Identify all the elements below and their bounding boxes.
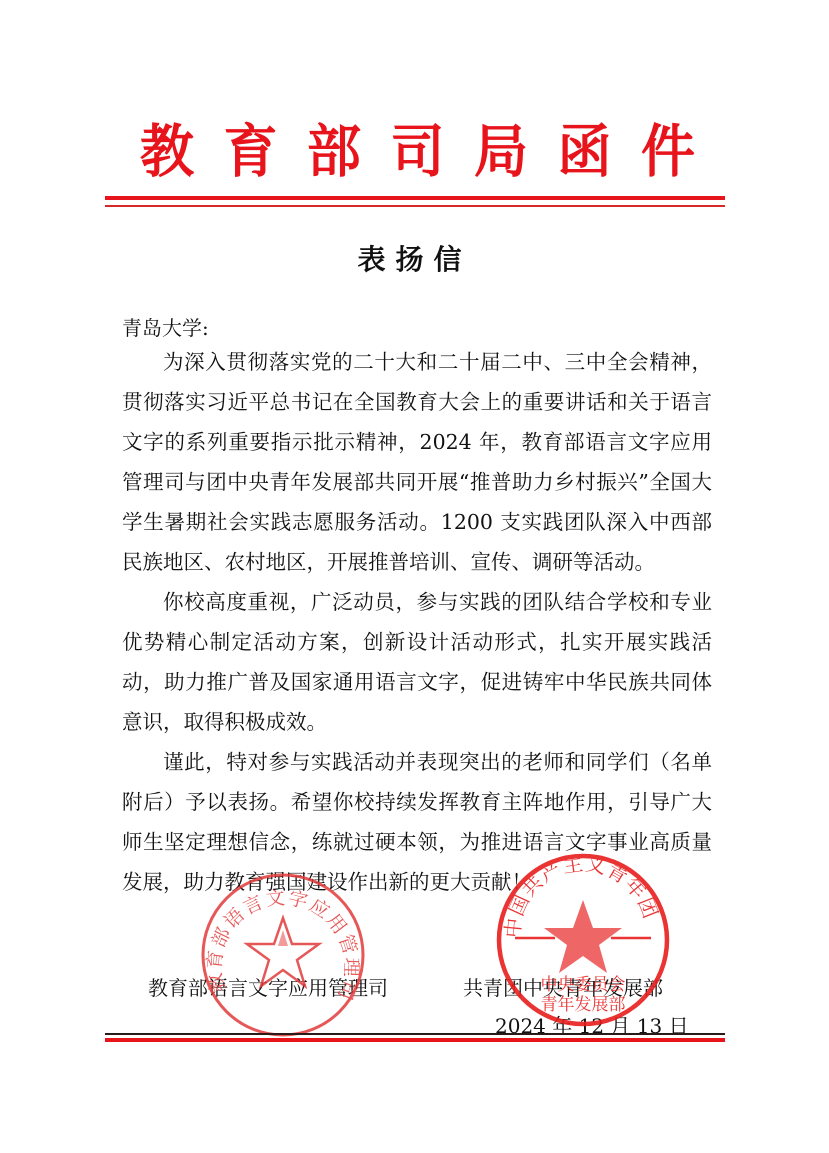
letterhead-char: 司 bbox=[391, 107, 445, 188]
footer-divider-thick bbox=[105, 1038, 725, 1042]
letterhead-char: 函 bbox=[558, 107, 612, 188]
salutation: 青岛大学: bbox=[122, 312, 209, 341]
paragraph: 为深入贯彻落实党的二十大和二十届二中、三中全会精神，贯彻落实习近平总书记在全国教… bbox=[122, 342, 712, 582]
letterhead-char: 局 bbox=[474, 107, 528, 188]
letter-page: 教 育 部 司 局 函 件 表扬信 青岛大学: 为深入贯彻落实党的二十大和二十届… bbox=[0, 0, 829, 1153]
footer-divider-thin bbox=[105, 1033, 725, 1035]
signature-left: 教育部语言文字应用管理司 bbox=[148, 972, 388, 1001]
letterhead-char: 育 bbox=[224, 107, 278, 188]
letterhead-char: 教 bbox=[140, 107, 194, 188]
signature-right: 共青团中央青年发展部 bbox=[463, 972, 663, 1001]
letter-body: 为深入贯彻落实党的二十大和二十届二中、三中全会精神，贯彻落实习近平总书记在全国教… bbox=[122, 342, 712, 902]
paragraph: 你校高度重视，广泛动员，参与实践的团队结合学校和专业优势精心制定活动方案，创新设… bbox=[122, 582, 712, 742]
letterhead-title: 教 育 部 司 局 函 件 bbox=[140, 112, 695, 182]
header-divider-thin bbox=[105, 205, 725, 207]
letterhead-char: 部 bbox=[307, 107, 361, 188]
document-title: 表扬信 bbox=[0, 238, 829, 278]
letterhead-char: 件 bbox=[641, 107, 695, 188]
letter-date: 2024 年 12 月 13 日 bbox=[495, 1010, 689, 1039]
header-divider-thick bbox=[105, 196, 725, 200]
paragraph: 谨此，特对参与实践活动并表现突出的老师和同学们（名单附后）予以表扬。希望你校持续… bbox=[122, 742, 712, 902]
